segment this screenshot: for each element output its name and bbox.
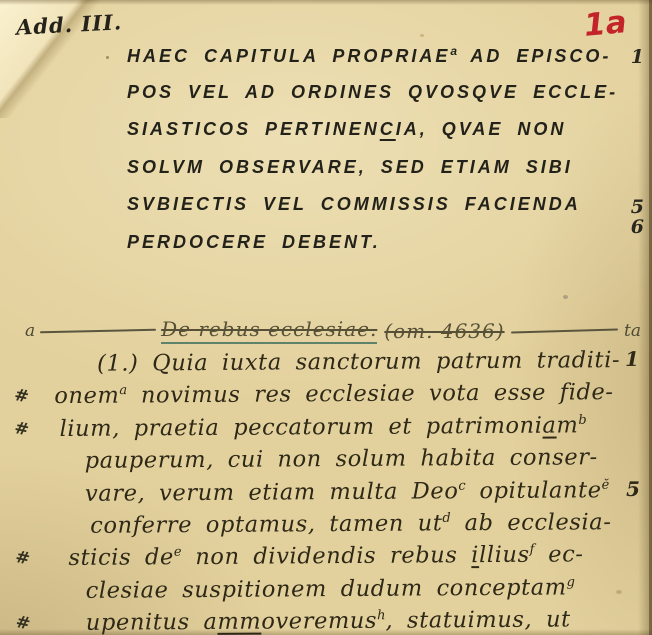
- apparatus-superscript: c: [458, 478, 465, 493]
- text-segment: mm: [217, 609, 261, 635]
- text-segment: conferre optamus, tamen ut: [90, 510, 442, 538]
- text-segment: HAEC CAPITULA PROPRIAE: [127, 46, 450, 66]
- text-segment: lium, praetia peccatorum et patrimoni: [59, 412, 542, 441]
- margin-line-number: 5: [626, 477, 640, 501]
- struck-heading-text: De rebus ecclesiae.: [161, 317, 377, 344]
- apparatus-superscript: a: [119, 383, 127, 398]
- apparatus-superscript: g: [567, 575, 575, 590]
- folio-number-red: 1a: [583, 4, 628, 44]
- body-line: #onema novimus res ecclesiae vota esse f…: [54, 379, 639, 415]
- margin-line-number: 1: [631, 46, 644, 68]
- text-segment: m: [556, 412, 578, 438]
- header-line: SVBIECTIS VEL COMMISSIS FACIENDA5: [127, 194, 640, 232]
- apparatus-superscript: ĕ: [602, 477, 610, 492]
- body-line: vare, verum etiam multa Deoc opitulanteĕ…: [55, 477, 640, 513]
- text-segment: IA, QVAE NON: [396, 119, 567, 139]
- text-segment: AD EPISCO-: [457, 46, 611, 66]
- text-segment: pauperum, cui non solum habita conser-: [85, 444, 598, 474]
- struck-heading-right-mark: ta: [624, 321, 641, 341]
- text-segment: a: [542, 412, 556, 438]
- text-segment: vare, verum etiam multa Deo: [85, 478, 459, 507]
- body-line: conferre optamus, tamen utd ab ecclesia-: [55, 509, 640, 545]
- text-segment: ec-: [534, 542, 583, 568]
- text-segment: opitulante: [466, 477, 602, 504]
- title-block: HAEC CAPITULA PROPRIAEa AD EPISCO-1POS V…: [127, 44, 640, 269]
- paper-speck: [563, 295, 568, 299]
- margin-line-number: 6: [631, 216, 644, 238]
- header-line: HAEC CAPITULA PROPRIAEa AD EPISCO-1: [127, 44, 640, 82]
- body-line: #upenitus ammoveremush, statuimus, ut: [56, 606, 641, 635]
- text-segment: onem: [54, 383, 119, 409]
- text-segment: ab ecclesia-: [451, 509, 612, 536]
- manuscript-page: Add. III. 1a HAEC CAPITULA PROPRIAEa AD …: [0, 0, 652, 635]
- margin-hash-mark: #: [14, 547, 32, 569]
- text-segment: sticis de: [68, 545, 174, 572]
- text-segment: SVBIECTIS VEL COMMISSIS FACIENDA: [127, 194, 581, 214]
- body-line: clesiae suspitionem dudum conceptamg: [56, 574, 641, 610]
- header-line: PERDOCERE DEBENT.6: [127, 232, 640, 270]
- text-segment: (1.) Quia iuxta sanctorum patrum traditi…: [97, 347, 620, 377]
- body-line: #lium, praetia peccatorum et patrimoniam…: [54, 412, 639, 448]
- strike-line: [40, 328, 156, 332]
- header-line: POS VEL AD ORDINES QVOSQVE ECCLE-: [127, 82, 640, 120]
- text-segment: POS VEL AD ORDINES QVOSQVE ECCLE-: [127, 82, 618, 102]
- header-line: SOLVM OBSERVARE, SED ETIAM SIBI: [127, 157, 640, 195]
- header-line: SIASTICOS PERTINENCIA, QVAE NON: [127, 119, 640, 157]
- text-segment: clesiae suspitionem dudum conceptam: [86, 574, 567, 603]
- text-segment: C: [380, 119, 396, 139]
- margin-hash-mark: #: [12, 385, 30, 407]
- body-line: (1.) Quia iuxta sanctorum patrum traditi…: [54, 347, 639, 383]
- paper-speck: [616, 590, 622, 594]
- text-segment: , statuimus, ut: [385, 607, 570, 634]
- text-segment: i: [471, 542, 479, 568]
- text-segment: SIASTICOS PERTINEN: [127, 119, 380, 139]
- text-segment: upenitus a: [86, 609, 218, 635]
- text-segment: SOLVM OBSERVARE, SED ETIAM SIBI: [127, 157, 573, 177]
- text-segment: novimus res ecclesiae vota esse fide-: [127, 380, 614, 409]
- margin-line-number: 1: [625, 347, 639, 371]
- struck-heading-row: aDe rebus ecclesiae.(om. 4636)ta: [25, 317, 641, 344]
- text-segment: non dividendis rebus: [181, 542, 471, 570]
- body-line: #sticis dee non dividendis rebus illiusf…: [55, 541, 640, 577]
- page-edge-top: [0, 0, 652, 5]
- margin-hash-mark: #: [13, 418, 31, 440]
- text-segment: PERDOCERE DEBENT.: [127, 232, 381, 252]
- strike-line: [511, 328, 618, 333]
- paper-speck: [420, 34, 424, 37]
- paper-speck: [106, 56, 109, 59]
- apparatus-superscript: d: [442, 511, 450, 526]
- body-line: pauperum, cui non solum habita conser-: [55, 444, 640, 480]
- apparatus-superscript: h: [377, 608, 385, 623]
- text-segment: llius: [479, 542, 530, 568]
- body-text-block: (1.) Quia iuxta sanctorum patrum traditi…: [54, 347, 641, 635]
- struck-heading-left-mark: a: [25, 321, 35, 341]
- struck-heading-note: (om. 4636): [384, 319, 504, 343]
- apparatus-superscript: b: [578, 413, 586, 428]
- text-segment: overemus: [261, 608, 377, 635]
